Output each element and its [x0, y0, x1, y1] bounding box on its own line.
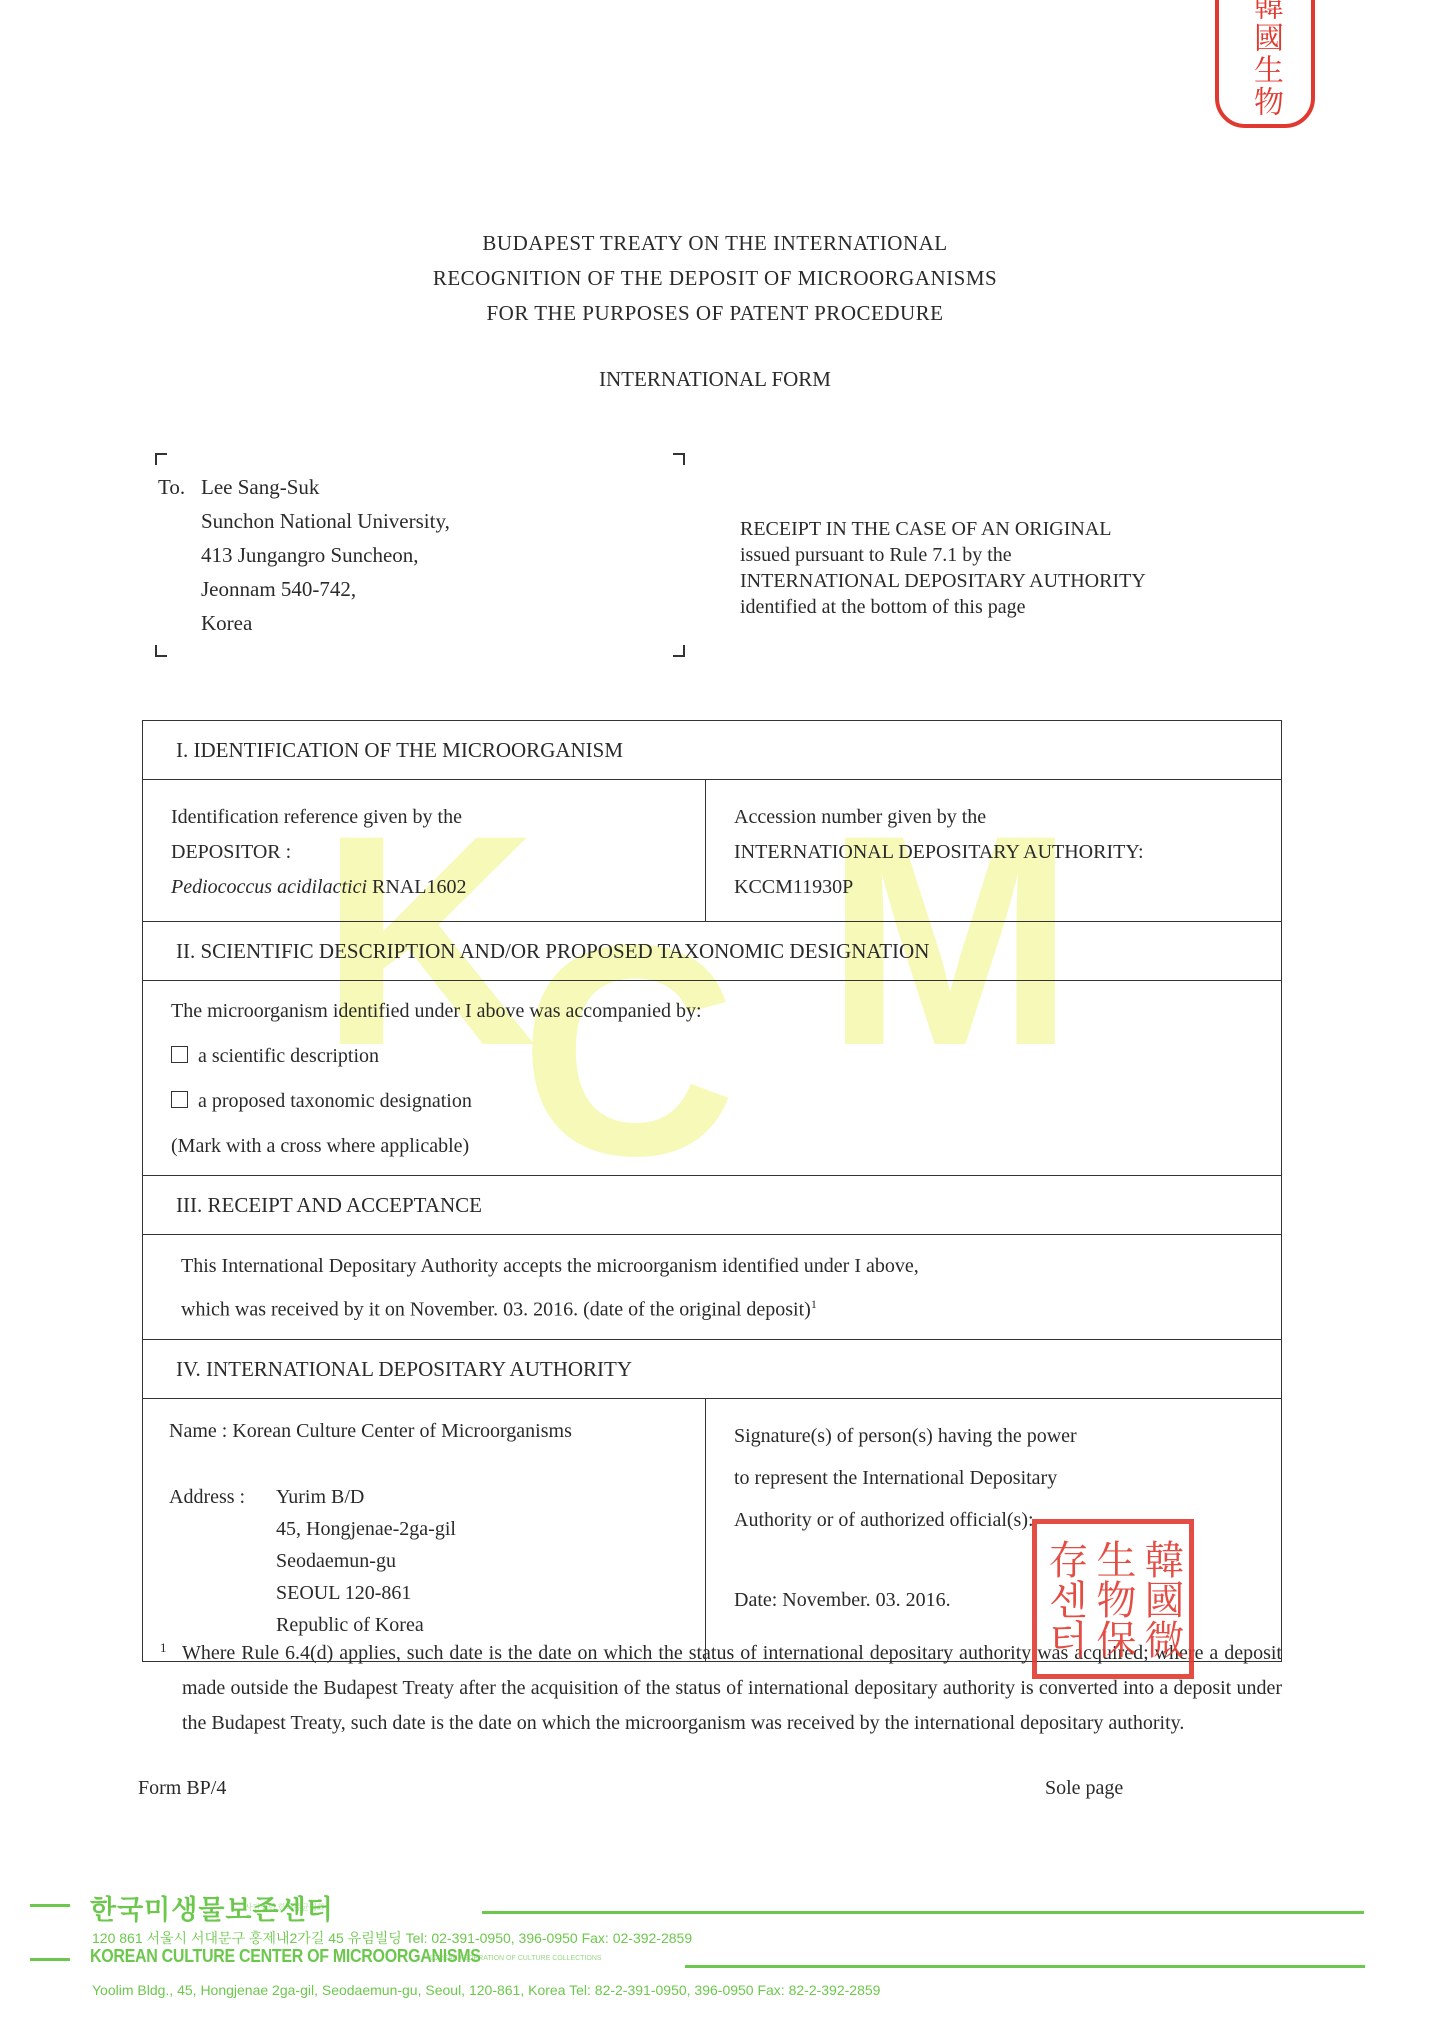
section-2-intro: The microorganism identified under I abo… — [171, 989, 1281, 1034]
authority-address-line-text: Yurim B/D — [276, 1486, 364, 1508]
authority-details-cell: Name : Korean Culture Center of Microorg… — [143, 1399, 706, 1661]
authority-address-line-text: Seodaemun-gu — [276, 1545, 705, 1577]
signature-cell: Signature(s) of person(s) having the pow… — [706, 1399, 1281, 1661]
letterhead-dash — [30, 1904, 70, 1907]
scientific-description-option: a scientific description — [171, 1034, 1281, 1079]
section-2-heading: II. SCIENTIFIC DESCRIPTION AND/OR PROPOS… — [143, 922, 1281, 981]
authority-name: Korean Culture Center of Microorganisms — [232, 1420, 572, 1442]
letterhead-english-name: KOREAN CULTURE CENTER OF MICROORGANISMS — [90, 1947, 481, 1968]
authority-address-line-text: SEOUL 120-861 — [276, 1577, 705, 1609]
acceptance-text-line: which was received by it on November. 03… — [181, 1285, 1281, 1329]
letterhead-korean-subtitle: 사단법인 한국종균협회 — [245, 1902, 325, 1913]
address-corner-mark — [673, 645, 685, 657]
letterhead-english-address: Yoolim Bldg., 45, Hongjenae 2ga-gil, Seo… — [92, 1982, 880, 1998]
letterhead-english-subtitle: KOREAN FEDERATION OF CULTURE COLLECTIONS — [428, 1955, 602, 1962]
option-label: a scientific description — [198, 1045, 379, 1067]
accession-label: Accession number given by the — [734, 800, 1281, 835]
receipt-note-line: INTERNATIONAL DEPOSITARY AUTHORITY — [740, 568, 1146, 594]
recipient-name-line: To.Lee Sang-Suk — [158, 470, 319, 504]
depositor-reference-value: Pediococcus acidilactici RNAL1602 — [171, 870, 705, 905]
official-seal-stamp: 韓國微生物保存센터 — [1032, 1519, 1194, 1679]
authority-address-line: Address :Yurim B/D — [169, 1481, 705, 1513]
taxonomic-designation-checkbox[interactable] — [171, 1091, 188, 1108]
recipient-address-line: Sunchon National University, — [201, 504, 450, 538]
footnote-ref: 1 — [811, 1297, 817, 1311]
receipt-note-line: identified at the bottom of this page — [740, 594, 1146, 620]
section-3-body: This International Depositary Authority … — [143, 1235, 1281, 1340]
section-3-heading: III. RECEIPT AND ACCEPTANCE — [143, 1176, 1281, 1235]
form-id: Form BP/4 — [138, 1777, 226, 1800]
authority-name-line: Name : Korean Culture Center of Microorg… — [169, 1415, 705, 1447]
footnote-mark: 1 — [160, 1630, 167, 1665]
treaty-title-line: BUDAPEST TREATY ON THE INTERNATIONAL — [0, 226, 1430, 261]
letterhead-dash — [30, 1958, 70, 1961]
signature-date: Date: November. 03. 2016. — [734, 1579, 1281, 1621]
authority-address-lines: 45, Hongjenae-2ga-gil Seodaemun-gu SEOUL… — [169, 1513, 705, 1641]
top-seal-stamp: 韓國生物 — [1215, 0, 1315, 128]
receipt-note-line: RECEIPT IN THE CASE OF AN ORIGINAL — [740, 516, 1146, 542]
accession-number-cell: Accession number given by the INTERNATIO… — [706, 780, 1281, 921]
letterhead-rule — [685, 1965, 1365, 1968]
address-corner-mark — [155, 645, 167, 657]
page-note: Sole page — [1045, 1777, 1123, 1800]
section-4-heading: IV. INTERNATIONAL DEPOSITARY AUTHORITY — [143, 1340, 1281, 1399]
section-1-heading: I. IDENTIFICATION OF THE MICROORGANISM — [143, 721, 1281, 780]
top-seal-text: 韓國生物 — [1243, 0, 1287, 118]
recipient-prefix: To. — [158, 470, 201, 504]
name-label: Name : — [169, 1415, 227, 1447]
signature-label-line: Authority or of authorized official(s): — [734, 1499, 1281, 1541]
strain-name: RNAL1602 — [372, 876, 466, 898]
treaty-title-line: RECOGNITION OF THE DEPOSIT OF MICROORGAN… — [0, 261, 1430, 296]
address-corner-mark — [673, 453, 685, 465]
treaty-title: BUDAPEST TREATY ON THE INTERNATIONAL REC… — [0, 226, 1430, 331]
recipient-address-line: Korea — [201, 606, 450, 640]
depositor-reference-label: Identification reference given by the — [171, 800, 705, 835]
address-label: Address : — [169, 1481, 276, 1513]
treaty-title-line: FOR THE PURPOSES OF PATENT PROCEDURE — [0, 296, 1430, 331]
authority-address-line-text: 45, Hongjenae-2ga-gil — [276, 1513, 705, 1545]
section-1-body: Identification reference given by the DE… — [143, 780, 1281, 922]
species-name: Pediococcus acidilactici — [171, 876, 367, 898]
depositor-reference-cell: Identification reference given by the DE… — [143, 780, 706, 921]
receipt-date-text: which was received by it on November. 03… — [181, 1299, 811, 1321]
receipt-note: RECEIPT IN THE CASE OF AN ORIGINAL issue… — [740, 516, 1146, 620]
section-2-body: The microorganism identified under I abo… — [143, 981, 1281, 1176]
letterhead-korean-address: 120 861 서울시 서대문구 홍제내2가길 45 유림빌딩 Tel: 02-… — [92, 1928, 692, 1948]
authority-label: INTERNATIONAL DEPOSITARY AUTHORITY: — [734, 835, 1281, 870]
official-seal-text: 韓國微生物保存센터 — [1041, 1524, 1185, 1674]
letterhead-rule — [482, 1911, 1364, 1914]
recipient-address-line: Jeonnam 540-742, — [201, 572, 450, 606]
depositor-label: DEPOSITOR : — [171, 835, 705, 870]
address-corner-mark — [155, 453, 167, 465]
recipient-name: Lee Sang-Suk — [201, 475, 319, 499]
accession-number: KCCM11930P — [734, 870, 1281, 905]
scientific-description-checkbox[interactable] — [171, 1046, 188, 1063]
acceptance-text-line: This International Depositary Authority … — [181, 1247, 1281, 1285]
taxonomic-designation-option: a proposed taxonomic designation — [171, 1079, 1281, 1124]
form-title: INTERNATIONAL FORM — [0, 367, 1430, 392]
section-2-note: (Mark with a cross where applicable) — [171, 1124, 1281, 1169]
receipt-note-line: issued pursuant to Rule 7.1 by the — [740, 542, 1146, 568]
recipient-address: Sunchon National University, 413 Jungang… — [201, 504, 450, 640]
signature-label-line: to represent the International Depositar… — [734, 1457, 1281, 1499]
signature-label-line: Signature(s) of person(s) having the pow… — [734, 1415, 1281, 1457]
option-label: a proposed taxonomic designation — [198, 1090, 472, 1112]
recipient-address-line: 413 Jungangro Suncheon, — [201, 538, 450, 572]
